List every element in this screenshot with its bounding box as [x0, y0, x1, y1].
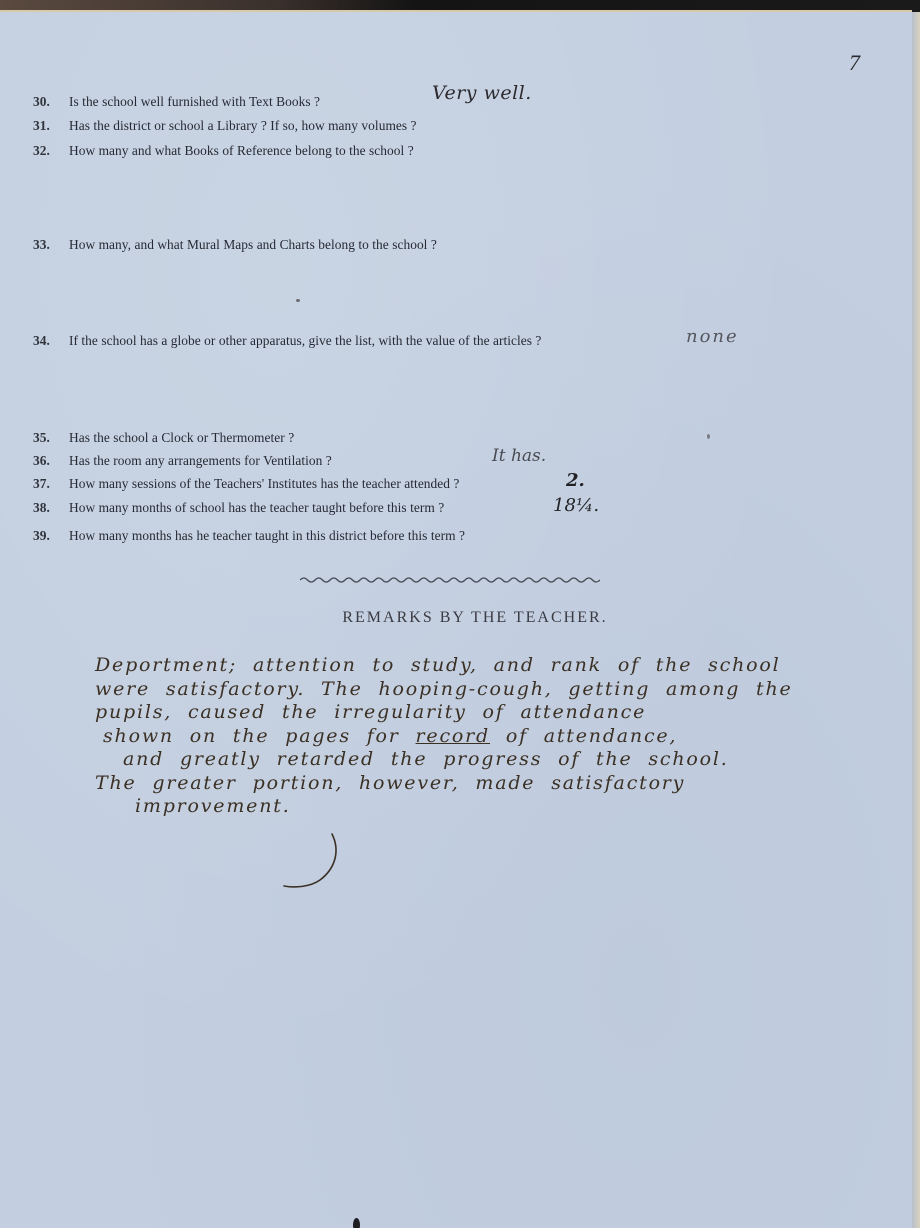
question-39: 39.How many months has he teacher taught… [33, 528, 465, 544]
paper-blemish [296, 299, 300, 302]
page-number: 7 [849, 50, 860, 76]
document-page: 7 30.Is the school well furnished with T… [0, 10, 912, 1228]
remarks-line: pupils, caused the irregularity of atten… [95, 701, 905, 725]
question-36: 36.Has the room any arrangements for Ven… [33, 453, 332, 469]
question-number: 32. [33, 143, 69, 159]
remarks-text: of attendance, [506, 725, 677, 747]
question-number: 30. [33, 94, 69, 110]
question-35: 35.Has the school a Clock or Thermometer… [33, 430, 294, 446]
question-number: 35. [33, 430, 69, 446]
question-32: 32.How many and what Books of Reference … [33, 143, 414, 159]
remarks-line: The greater portion, however, made satis… [95, 772, 905, 796]
teacher-remarks: Deportment; attention to study, and rank… [95, 654, 905, 819]
answer-38: 18¼. [553, 495, 599, 516]
question-33: 33.How many, and what Mural Maps and Cha… [33, 237, 437, 253]
question-number: 36. [33, 453, 69, 469]
remarks-heading-text: REMARKS BY THE TEACHER. [342, 609, 607, 626]
remarks-heading: REMARKS BY THE TEACHER. [0, 609, 920, 627]
remarks-line: improvement. [95, 795, 905, 819]
question-31: 31.Has the district or school a Library … [33, 118, 417, 134]
remarks-line: shown on the pages for record of attenda… [95, 725, 905, 749]
question-text: How many sessions of the Teachers' Insti… [69, 476, 459, 491]
question-number: 38. [33, 500, 69, 516]
question-text: Is the school well furnished with Text B… [69, 94, 320, 109]
remarks-underlined-word: record [416, 725, 490, 747]
answer-30: Very well. [432, 82, 532, 104]
answer-34: none [686, 326, 739, 347]
wavy-divider [300, 575, 600, 585]
question-number: 37. [33, 476, 69, 492]
question-text: Has the district or school a Library ? I… [69, 118, 417, 133]
question-text: If the school has a globe or other appar… [69, 333, 541, 348]
question-number: 34. [33, 333, 69, 349]
question-37: 37.How many sessions of the Teachers' In… [33, 476, 459, 492]
question-text: How many and what Books of Reference bel… [69, 143, 414, 158]
answer-37: 2. [566, 470, 585, 491]
paper-blemish [707, 434, 710, 439]
question-text: Has the room any arrangements for Ventil… [69, 453, 332, 468]
remarks-line: Deportment; attention to study, and rank… [95, 654, 905, 678]
remarks-line: were satisfactory. The hooping-cough, ge… [95, 678, 905, 702]
ink-mark [353, 1218, 360, 1228]
question-number: 31. [33, 118, 69, 134]
question-number: 39. [33, 528, 69, 544]
question-34: 34.If the school has a globe or other ap… [33, 333, 541, 349]
remarks-line: and greatly retarded the progress of the… [95, 748, 905, 772]
answer-36: It has. [492, 446, 546, 466]
question-text: How many months of school has the teache… [69, 500, 444, 515]
question-text: How many months has he teacher taught in… [69, 528, 465, 543]
question-text: Has the school a Clock or Thermometer ? [69, 430, 294, 445]
remarks-text: shown on the pages for [103, 725, 400, 747]
question-text: How many, and what Mural Maps and Charts… [69, 237, 437, 252]
question-30: 30.Is the school well furnished with Tex… [33, 94, 320, 110]
question-38: 38.How many months of school has the tea… [33, 500, 444, 516]
question-number: 33. [33, 237, 69, 253]
signature-flourish [280, 832, 360, 892]
